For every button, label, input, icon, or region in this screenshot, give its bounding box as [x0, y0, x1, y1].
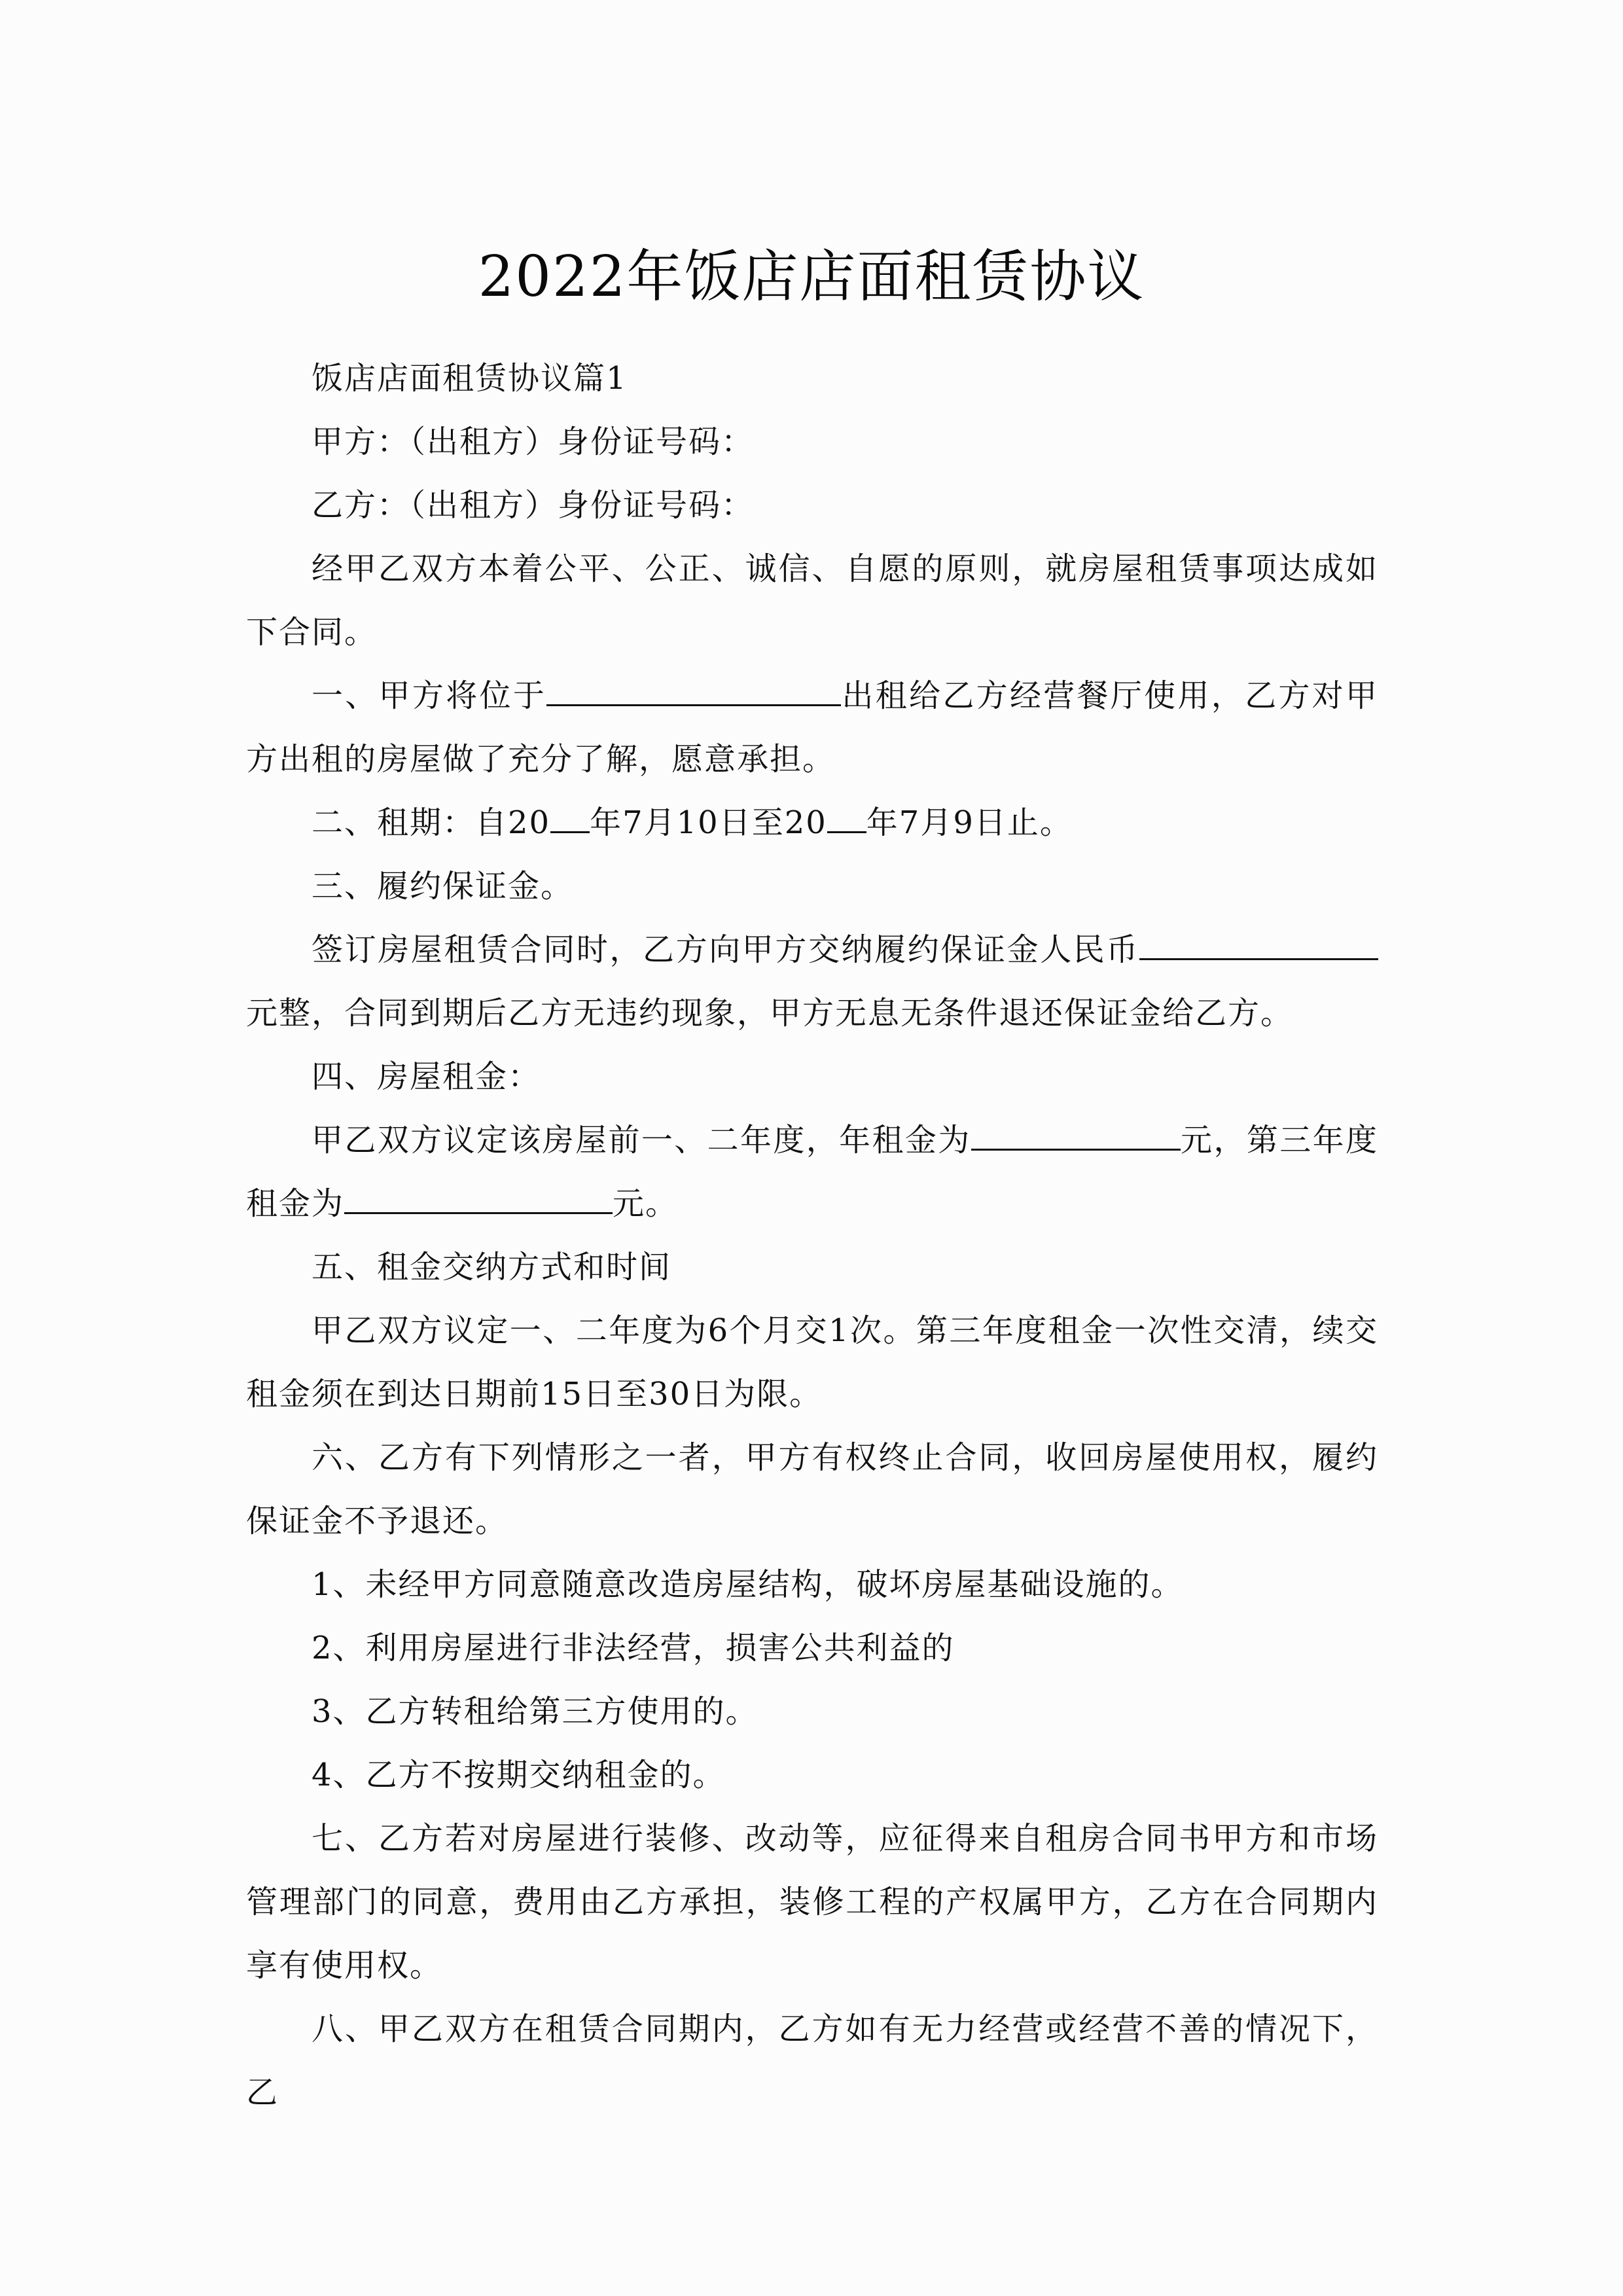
clause-8-paragraph: 八、甲乙双方在租赁合同期内，乙方如有无力经营或经营不善的情况下，乙 [246, 1998, 1378, 2125]
clause-6-item-2: 2、利用房屋进行非法经营，损害公共利益的 [246, 1617, 1378, 1680]
clause-2-part-1: 二、租期：自20 [312, 804, 550, 841]
clause-6-item-1: 1、未经甲方同意随意改造房屋结构，破坏房屋基础设施的。 [246, 1553, 1378, 1617]
document-body: 饭店店面租赁协议篇1 甲方：（出租方）身份证号码： 乙方：（出租方）身份证号码：… [246, 347, 1378, 2125]
annual-rent-blank-field [971, 1119, 1181, 1151]
clause-1-text-before: 一、甲方将位于 [312, 677, 546, 714]
party-a-line: 甲方：（出租方）身份证号码： [246, 410, 1378, 474]
clause-2-part-3: 年7月9日止。 [866, 804, 1073, 841]
clause-4-part-1: 甲乙双方议定该房屋前一、二年度，年租金为 [312, 1122, 971, 1158]
clause-3-heading: 三、履约保证金。 [246, 855, 1378, 918]
clause-2-part-2: 年7月10日至20 [590, 804, 827, 841]
clause-2-paragraph: 二、租期：自20年7月10日至20年7月9日止。 [246, 791, 1378, 855]
clause-3-text-after: 元整，合同到期后乙方无违约现象，甲方无息无条件退还保证金给乙方。 [246, 995, 1293, 1031]
clause-6-item-4: 4、乙方不按期交纳租金的。 [246, 1744, 1378, 1807]
clause-5-paragraph: 甲乙双方议定一、二年度为6个月交1次。第三年度租金一次性交清，续交租金须在到达日… [246, 1299, 1378, 1426]
clause-4-part-3: 元。 [613, 1185, 678, 1222]
clause-1-paragraph: 一、甲方将位于出租给乙方经营餐厅使用，乙方对甲方出租的房屋做了充分了解，愿意承担… [246, 664, 1378, 791]
deposit-amount-blank-field [1139, 928, 1378, 960]
clause-7-paragraph: 七、乙方若对房屋进行装修、改动等，应征得来自租房合同书甲方和市场管理部门的同意，… [246, 1807, 1378, 1998]
start-year-blank-field [550, 801, 590, 833]
clause-3-paragraph: 签订房屋租赁合同时，乙方向甲方交纳履约保证金人民币元整，合同到期后乙方无违约现象… [246, 918, 1378, 1045]
clause-4-paragraph: 甲乙双方议定该房屋前一、二年度，年租金为元，第三年度租金为元。 [246, 1109, 1378, 1236]
section-heading: 饭店店面租赁协议篇1 [246, 347, 1378, 410]
clause-6-paragraph: 六、乙方有下列情形之一者，甲方有权终止合同，收回房屋使用权，履约保证金不予退还。 [246, 1426, 1378, 1553]
third-year-rent-blank-field [344, 1182, 613, 1214]
clause-5-heading: 五、租金交纳方式和时间 [246, 1236, 1378, 1299]
preamble-paragraph: 经甲乙双方本着公平、公正、诚信、自愿的原则，就房屋租赁事项达成如下合同。 [246, 537, 1378, 664]
clause-3-text-before: 签订房屋租赁合同时，乙方向甲方交纳履约保证金人民币 [312, 931, 1139, 968]
document-title: 2022年饭店店面租赁协议 [0, 234, 1623, 319]
clause-4-heading: 四、房屋租金： [246, 1045, 1378, 1109]
end-year-blank-field [827, 801, 866, 833]
clause-6-item-3: 3、乙方转租给第三方使用的。 [246, 1680, 1378, 1744]
party-b-line: 乙方：（出租方）身份证号码： [246, 474, 1378, 537]
location-blank-field [546, 674, 841, 706]
document-page: 2022年饭店店面租赁协议 饭店店面租赁协议篇1 甲方：（出租方）身份证号码： … [0, 0, 1623, 2296]
